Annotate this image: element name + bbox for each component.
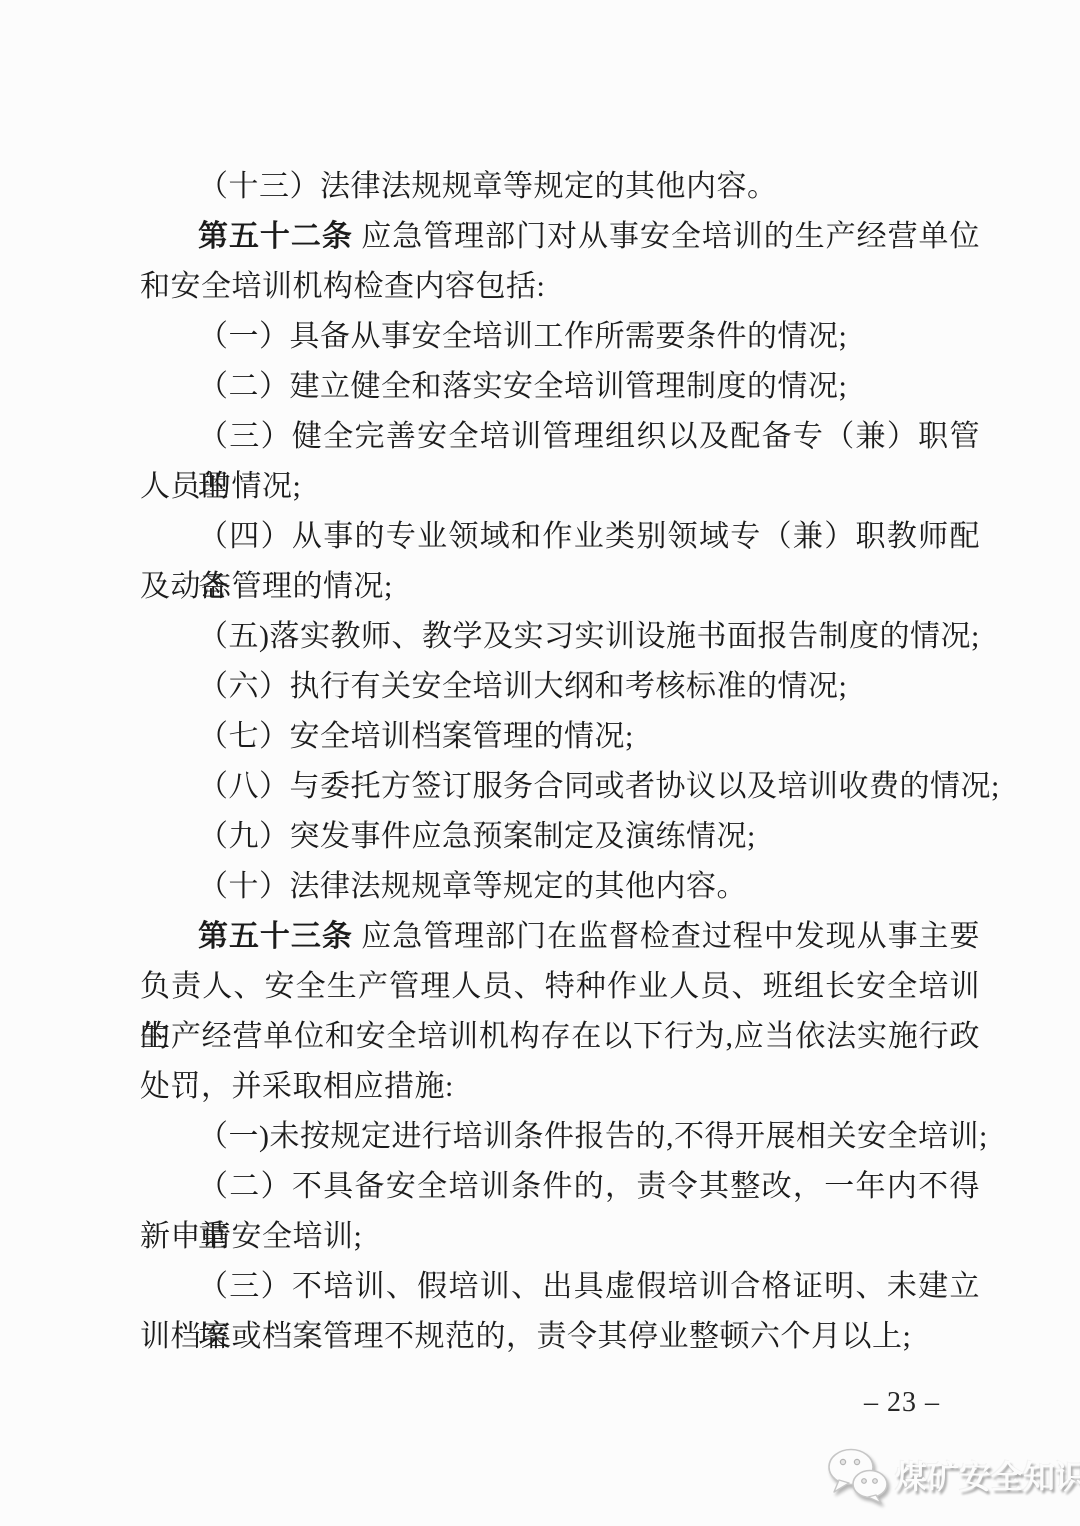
watermark: 煤矿安全知识	[826, 1446, 1080, 1504]
text-line: （八）与委托方签订服务合同或者协议以及培训收费的情况;	[140, 762, 980, 812]
text-line: （九）突发事件应急预案制定及演练情况;	[140, 812, 980, 862]
watermark-label: 煤矿安全知识	[895, 1452, 1080, 1498]
text-line: 负责人、安全生产管理人员、特种作业人员、班组长安全培训的	[140, 962, 980, 1012]
text-line: （十）法律法规规章等规定的其他内容。	[140, 862, 980, 912]
article-number: 第五十三条	[198, 920, 353, 953]
text-line: （一）具备从事安全培训工作所需要条件的情况;	[140, 312, 980, 362]
text-line: （五)落实教师、教学及实习实训设施书面报告制度的情况;	[140, 612, 980, 662]
text-line: （二）建立健全和落实安全培训管理制度的情况;	[140, 362, 980, 412]
text-line: 新申请安全培训;	[140, 1212, 980, 1262]
text-line: 和安全培训机构检查内容包括:	[140, 262, 980, 312]
document-page: （十三）法律法规规章等规定的其他内容。第五十二条 应急管理部门对从事安全培训的生…	[0, 0, 1080, 1526]
text-line: （六）执行有关安全培训大纲和考核标准的情况;	[140, 662, 980, 712]
wechat-icon	[826, 1446, 890, 1504]
text-line: 第五十三条 应急管理部门在监督检查过程中发现从事主要	[140, 912, 980, 962]
text-line: （十三）法律法规规章等规定的其他内容。	[140, 162, 980, 212]
document-body: （十三）法律法规规章等规定的其他内容。第五十二条 应急管理部门对从事安全培训的生…	[140, 162, 980, 1362]
text-line: （一)未按规定进行培训条件报告的,不得开展相关安全培训;	[140, 1112, 980, 1162]
text-line: （七）安全培训档案管理的情况;	[140, 712, 980, 762]
text-line: （二）不具备安全培训条件的，责令其整改，一年内不得重	[140, 1162, 980, 1212]
text-line: 训档案或档案管理不规范的，责令其停业整顿六个月以上;	[140, 1312, 980, 1362]
page-number: – 23 –	[843, 1387, 961, 1419]
text-line: 及动态管理的情况;	[140, 562, 980, 612]
text-line: 第五十二条 应急管理部门对从事安全培训的生产经营单位	[140, 212, 980, 262]
article-number: 第五十二条	[198, 220, 353, 253]
text-line: 人员的情况;	[140, 462, 980, 512]
text-line: （三）健全完善安全培训管理组织以及配备专（兼）职管理	[140, 412, 980, 462]
text-line: 生产经营单位和安全培训机构存在以下行为,应当依法实施行政	[140, 1012, 980, 1062]
text-line: （三）不培训、假培训、出具虚假培训合格证明、未建立培	[140, 1262, 980, 1312]
text-line: 处罚，并采取相应措施:	[140, 1062, 980, 1112]
text-line: （四）从事的专业领域和作业类别领域专（兼）职教师配备	[140, 512, 980, 562]
